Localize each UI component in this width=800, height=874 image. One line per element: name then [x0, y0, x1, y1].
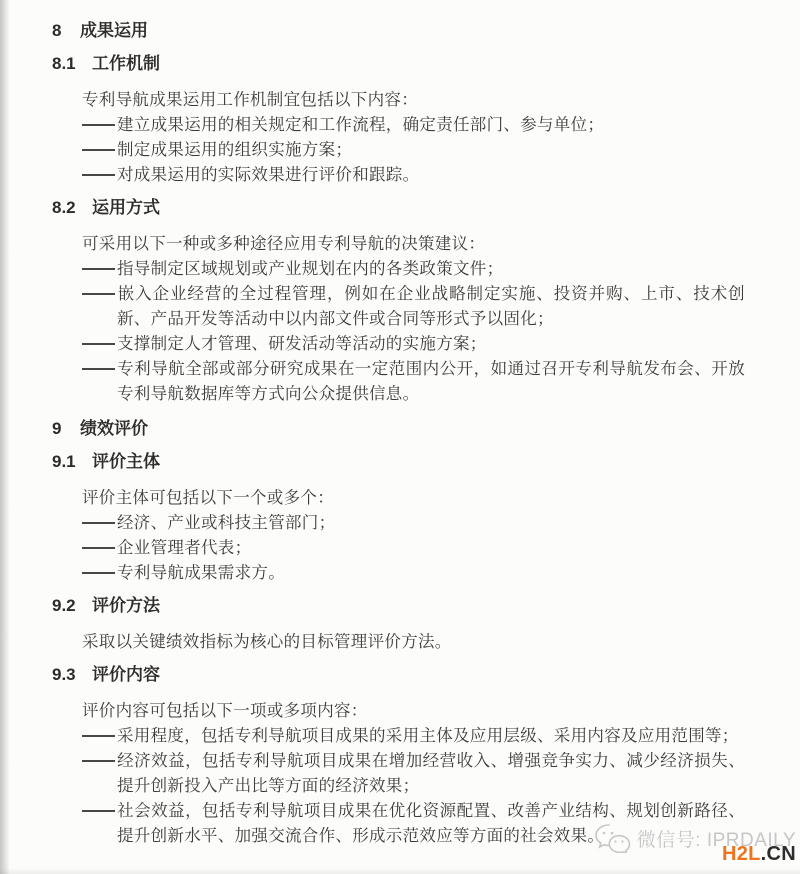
list-item-text: 采用程度，包括专利导航项目成果的采用主体及应用层级、采用内容及应用范围等；: [117, 726, 739, 745]
list-item-text: 指导制定区域规划或产业规划在内的各类政策文件；: [117, 259, 503, 278]
list-item: 采用程度，包括专利导航项目成果的采用主体及应用层级、采用内容及应用范围等；: [52, 723, 745, 748]
heading-title: 工作机制: [92, 54, 160, 73]
heading-title: 评价主体: [92, 452, 160, 471]
em-dash-marker: [82, 124, 115, 126]
subsection-heading: 8.2运用方式: [52, 195, 745, 220]
heading-number: 9.2: [52, 593, 78, 618]
paragraph: 可采用以下一种或多种途径应用专利导航的决策建议：: [52, 231, 745, 256]
list-item: 指导制定区域规划或产业规划在内的各类政策文件；: [52, 256, 745, 281]
heading-number: 9.1: [52, 449, 78, 474]
list-item: 企业管理者代表；: [52, 535, 745, 560]
em-dash-marker: [82, 149, 115, 151]
em-dash-marker: [82, 572, 115, 574]
em-dash-marker: [82, 293, 115, 295]
paragraph: 专利导航成果运用工作机制宜包括以下内容：: [52, 87, 745, 112]
list-item-text: 专利导航成果需求方。: [117, 563, 285, 582]
scan-edge-shade-bottom: [0, 868, 800, 874]
document-body: 8成果运用8.1工作机制专利导航成果运用工作机制宜包括以下内容：建立成果运用的相…: [0, 0, 800, 848]
section-heading: 8成果运用: [52, 18, 745, 43]
section-heading: 9绩效评价: [52, 416, 745, 441]
em-dash-marker: [82, 174, 115, 176]
heading-number: 9: [52, 416, 64, 441]
list-item: 经济、产业或科技主管部门；: [52, 510, 745, 535]
list-item-text: 专利导航全部或部分研究成果在一定范围内公开，如通过召开专利导航发布会、开放专利导…: [117, 359, 745, 403]
heading-title: 评价方法: [92, 596, 160, 615]
list-item: 建立成果运用的相关规定和工作流程，确定责任部门、参与单位；: [52, 112, 745, 137]
list-item-text: 制定成果运用的组织实施方案；: [117, 140, 352, 159]
subsection-heading: 9.3评价内容: [52, 662, 745, 687]
list-item-text: 经济效益，包括专利导航项目成果在增加经营收入、增强竞争实力、减少经济损失、提升创…: [117, 751, 745, 795]
subsection-heading: 9.2评价方法: [52, 593, 745, 618]
list-item-text: 经济、产业或科技主管部门；: [117, 513, 335, 532]
list-item-text: 嵌入企业经营的全过程管理，例如在企业战略制定实施、投资并购、上市、技术创新、产品…: [117, 284, 745, 328]
heading-title: 运用方式: [92, 198, 160, 217]
paragraph: 采取以关键绩效指标为核心的目标管理评价方法。: [52, 629, 745, 654]
heading-number: 8.1: [52, 51, 78, 76]
list-item-text: 对成果运用的实际效果进行评价和跟踪。: [117, 165, 419, 184]
heading-number: 8: [52, 18, 64, 43]
em-dash-marker: [82, 760, 115, 762]
list-item-text: 企业管理者代表；: [117, 538, 251, 557]
list-item-text: 社会效益，包括专利导航项目成果在优化资源配置、改善产业结构、规划创新路径、提升创…: [117, 801, 745, 845]
list-item: 专利导航全部或部分研究成果在一定范围内公开，如通过召开专利导航发布会、开放专利导…: [52, 356, 745, 406]
heading-title: 评价内容: [92, 665, 160, 684]
list-item: 对成果运用的实际效果进行评价和跟踪。: [52, 162, 745, 187]
heading-number: 8.2: [52, 195, 78, 220]
em-dash-marker: [82, 343, 115, 345]
list-item: 制定成果运用的组织实施方案；: [52, 137, 745, 162]
heading-number: 9.3: [52, 662, 78, 687]
em-dash-marker: [82, 547, 115, 549]
heading-title: 绩效评价: [80, 419, 148, 438]
scanned-document-page: 8成果运用8.1工作机制专利导航成果运用工作机制宜包括以下内容：建立成果运用的相…: [0, 0, 800, 874]
paragraph: 评价内容可包括以下一项或多项内容：: [52, 698, 745, 723]
list-item: 经济效益，包括专利导航项目成果在增加经营收入、增强竞争实力、减少经济损失、提升创…: [52, 748, 745, 798]
em-dash-marker: [82, 268, 115, 270]
em-dash-marker: [82, 810, 115, 812]
subsection-heading: 9.1评价主体: [52, 449, 745, 474]
list-item: 嵌入企业经营的全过程管理，例如在企业战略制定实施、投资并购、上市、技术创新、产品…: [52, 281, 745, 331]
heading-title: 成果运用: [80, 21, 148, 40]
list-item-text: 支撑制定人才管理、研发活动等活动的实施方案；: [117, 334, 487, 353]
subsection-heading: 8.1工作机制: [52, 51, 745, 76]
em-dash-marker: [82, 522, 115, 524]
list-item: 专利导航成果需求方。: [52, 560, 745, 585]
list-item-text: 建立成果运用的相关规定和工作流程，确定责任部门、参与单位；: [117, 115, 604, 134]
em-dash-marker: [82, 368, 115, 370]
list-item: 支撑制定人才管理、研发活动等活动的实施方案；: [52, 331, 745, 356]
paragraph: 评价主体可包括以下一个或多个：: [52, 485, 745, 510]
em-dash-marker: [82, 735, 115, 737]
list-item: 社会效益，包括专利导航项目成果在优化资源配置、改善产业结构、规划创新路径、提升创…: [52, 798, 745, 848]
